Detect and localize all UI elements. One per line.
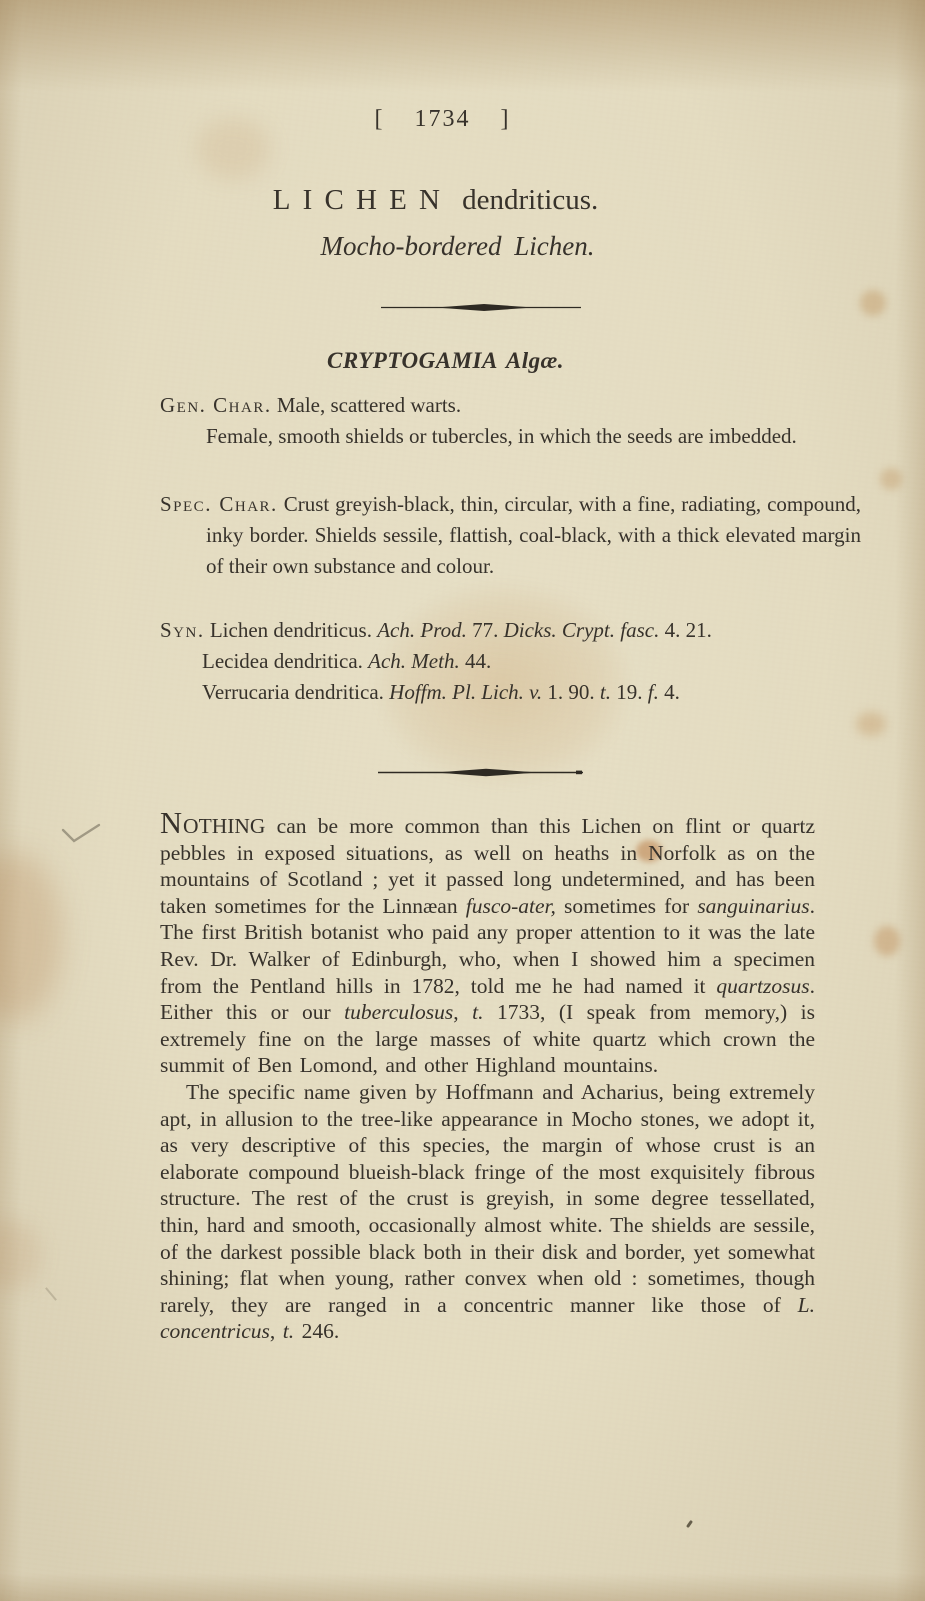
scanned-book-page: [ 1734 ] LICHENdendriticus. Mocho-border… [0, 0, 925, 1601]
genus-name: LICHEN [273, 184, 452, 216]
synonyms-list: Syn. Lichen dendriticus. Ach. Prod. 77. … [160, 615, 815, 708]
divider-rule-icon [381, 303, 581, 312]
ink-fleck [686, 1520, 693, 1528]
divider-ornament [153, 303, 808, 312]
generic-character-text: Gen. Char. Male, scattered warts.Female,… [160, 390, 861, 452]
synonym-entry: Lecidea dendritica. Ach. Meth. 44. [202, 646, 815, 677]
foxing-stain [0, 852, 62, 1022]
page-edge-shadow-bottom [0, 1573, 925, 1601]
page-number-value: 1734 [415, 106, 471, 133]
species-title: LICHENdendriticus. [108, 184, 763, 217]
specific-character-text: Spec. Char. Crust greyish-black, thin, c… [160, 489, 861, 582]
divider-rule-icon [378, 768, 583, 777]
synonym-entry: Verrucaria dendritica. Hoffm. Pl. Lich. … [202, 677, 815, 708]
pencil-checkmark [60, 820, 102, 846]
page-number: [ 1734 ] [115, 106, 770, 133]
page-edge-shadow-right [895, 0, 925, 1601]
foxing-stain [0, 1220, 40, 1290]
description-paragraph: NOTHING can be more common than this Lic… [160, 808, 815, 1079]
foxing-spot [880, 468, 902, 490]
description-paragraph: The specific name given by Hoffmann and … [160, 1079, 815, 1345]
foxing-spot [874, 926, 900, 956]
description-text: NOTHING can be more common than this Lic… [160, 808, 815, 1345]
foxing-spot [860, 290, 886, 316]
common-name: Mocho-bordered Lichen. [130, 231, 785, 262]
page-edge-shadow-left [0, 0, 22, 1601]
synonym-entry: Syn. Lichen dendriticus. Ach. Prod. 77. … [160, 615, 815, 646]
divider-ornament [153, 768, 808, 777]
page-edge-shadow-top [0, 0, 925, 100]
bracket-right: ] [501, 106, 511, 133]
pencil-mark [45, 1287, 57, 1301]
foxing-spot [856, 712, 886, 736]
species-epithet: dendriticus. [462, 184, 598, 216]
classification-heading: CRYPTOGAMIA Algæ. [118, 348, 773, 374]
bracket-left: [ [375, 106, 385, 133]
